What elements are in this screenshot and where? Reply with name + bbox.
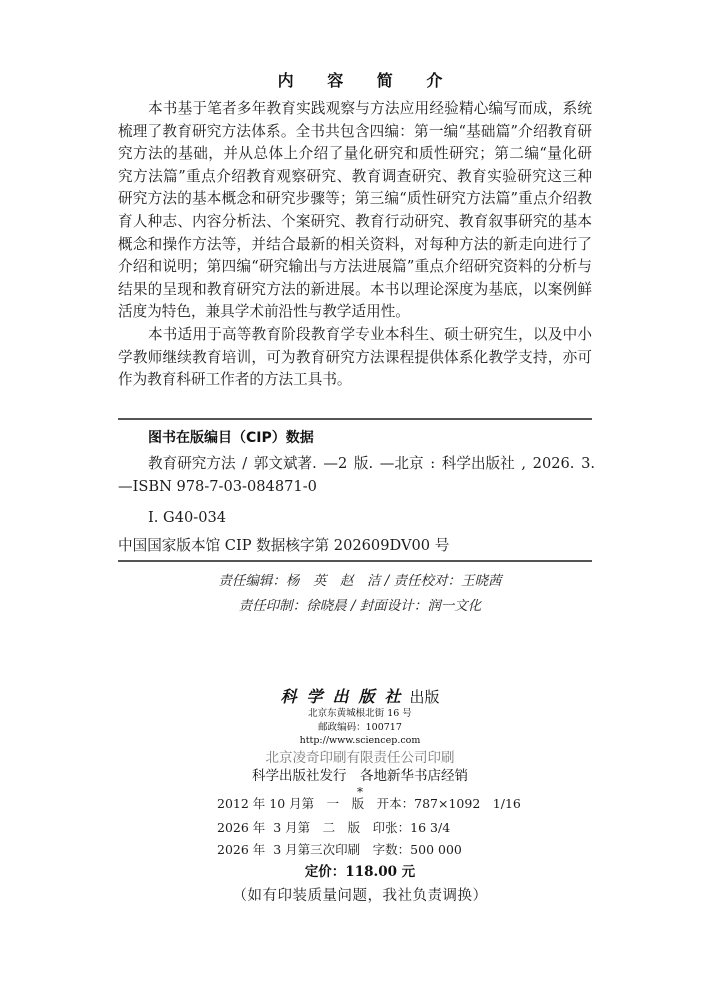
publisher-title: 科学出版社 出版 bbox=[0, 684, 720, 707]
publisher-postcode: 邮政编码：100717 bbox=[0, 721, 720, 735]
cip-classification: Ⅰ. G40-034 bbox=[148, 507, 622, 530]
summary-paragraph: 本书基于笔者多年教育实践观察与方法应用经验精心编写而成，系统梳理了教育研究方法体… bbox=[118, 98, 592, 324]
edition-row: 2026 年 3 月第 二 版 印张：16 3/4 bbox=[217, 818, 517, 836]
summary-paragraph: 本书适用于高等教育阶段教育学专业本科生、硕士研究生，以及中小学教师继续教育培训，… bbox=[118, 324, 592, 392]
price: 定价：118.00 元 bbox=[0, 860, 720, 880]
cip-isbn: —ISBN 978-7-03-084871-0 bbox=[118, 476, 592, 499]
book-summary: 本书基于笔者多年教育实践观察与方法应用经验精心编写而成，系统梳理了教育研究方法体… bbox=[118, 98, 592, 392]
cip-bottom-rule bbox=[118, 560, 592, 562]
distribution-line: 科学出版社发行 各地新华书店经销 bbox=[0, 767, 720, 785]
cip-verification: 中国国家版本馆 CIP 数据核字第 202609DV00 号 bbox=[118, 535, 592, 558]
publisher-suffix: 出版 bbox=[410, 688, 440, 706]
printer-line: 北京凌奇印刷有限责任公司印刷 bbox=[0, 749, 720, 767]
editor-credits: 责任编辑：杨 英 赵 洁 / 责任校对：王晓茜 bbox=[0, 569, 720, 589]
cip-heading: 图书在版编目（CIP）数据 bbox=[148, 427, 314, 447]
cip-entry-line: 教育研究方法 / 郭文斌著. —2 版. —北京 : 科学出版社 , 2026.… bbox=[118, 453, 592, 476]
page-title: 内 容 简 介 bbox=[0, 68, 720, 91]
publisher-block: 科学出版社 出版 北京东黄城根北街 16 号 邮政编码：100717 http:… bbox=[0, 684, 720, 799]
copyright-page: 内 容 简 介 本书基于笔者多年教育实践观察与方法应用经验精心编写而成，系统梳理… bbox=[0, 0, 720, 1000]
edition-row: 2026 年 3 月第三次印刷 字数：500 000 bbox=[217, 840, 517, 858]
production-credits: 责任印制：徐晓晨 / 封面设计：润一文化 bbox=[0, 594, 720, 614]
publisher-website: http://www.sciencep.com bbox=[0, 734, 720, 748]
edition-row: 2012 年 10 月第 一 版 开本：787×1092 1/16 bbox=[217, 794, 517, 812]
publisher-address: 北京东黄城根北街 16 号 bbox=[0, 707, 720, 721]
quality-notice: （如有印装质量问题，我社负责调换） bbox=[0, 884, 720, 905]
cip-top-rule bbox=[118, 418, 592, 420]
publisher-logo-name: 科学出版社 bbox=[280, 687, 410, 706]
